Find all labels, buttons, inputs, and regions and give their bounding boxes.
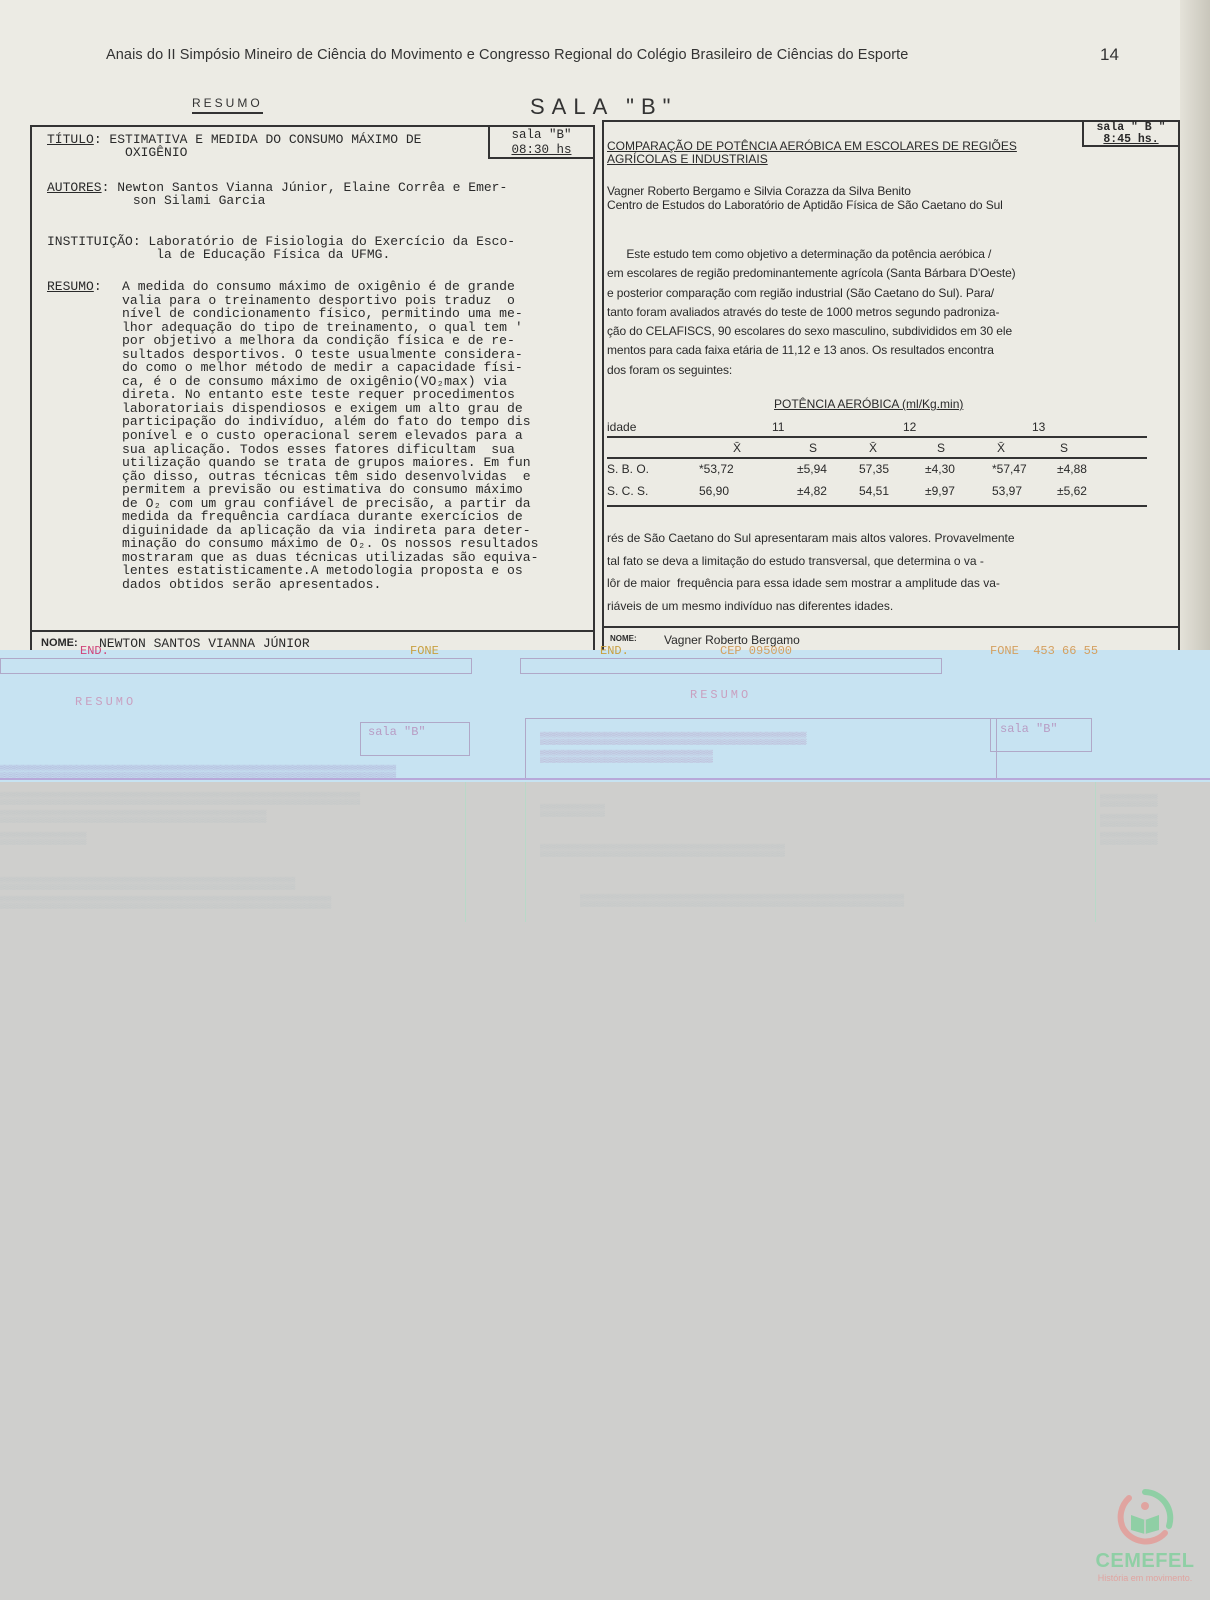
age-12: 12 bbox=[903, 420, 916, 434]
row-group: S. C. S. bbox=[607, 484, 648, 498]
page-edge-shadow bbox=[1180, 0, 1210, 655]
title-value: : ESTIMATIVA E MEDIDA DO CONSUMO MÁXIMO … bbox=[47, 132, 421, 160]
authors-value: : Newton Santos Vianna Júnior, Elaine Co… bbox=[47, 180, 507, 208]
title-field: TÍTULO: ESTIMATIVA E MEDIDA DO CONSUMO M… bbox=[47, 133, 421, 159]
section-label: RESUMO bbox=[192, 96, 263, 114]
table-rule bbox=[607, 505, 1147, 507]
name-label: NOME: bbox=[610, 634, 637, 643]
row-value: *57,47 bbox=[992, 462, 1027, 476]
row-value: 56,90 bbox=[699, 484, 729, 498]
age-header: idade bbox=[607, 420, 636, 434]
ghost-phone-right: FONE 453 66 55 bbox=[990, 644, 1098, 658]
table-row: S. C. S.56,90±4,8254,51±9,9753,97±5,62 bbox=[607, 481, 1147, 503]
row-value: 53,97 bbox=[992, 484, 1022, 498]
row-value: 54,51 bbox=[859, 484, 889, 498]
page-number: 14 bbox=[1100, 45, 1119, 65]
book-logo-icon bbox=[1115, 1488, 1175, 1548]
session-tag: sala "B" 08:30 hs bbox=[488, 127, 593, 159]
abstract-title: COMPARAÇÃO DE POTÊNCIA AERÓBICA EM ESCOL… bbox=[607, 140, 1017, 167]
row-value: ±4,88 bbox=[1057, 462, 1087, 476]
row-value: 57,35 bbox=[859, 462, 889, 476]
abstract-conclusion: rés de São Caetano do Sul apresentaram m… bbox=[607, 527, 1015, 617]
results-table: idade 11 12 13 X̄ S X̄ S X̄ S S. B. O.*5… bbox=[607, 417, 1147, 507]
abstract-label: RESUMO bbox=[47, 279, 94, 294]
scanned-page: Anais do II Simpósio Mineiro de Ciência … bbox=[0, 0, 1210, 655]
ghost-sala-left: sala "B" bbox=[368, 725, 426, 739]
watermark-name: CEMEFEL bbox=[1092, 1550, 1198, 1573]
row-value: ±5,94 bbox=[797, 462, 827, 476]
session-room: sala "B" bbox=[490, 128, 593, 143]
row-value: *53,72 bbox=[699, 462, 734, 476]
session-tag: sala " B " 8:45 hs. bbox=[1082, 122, 1178, 147]
age-11: 11 bbox=[772, 420, 784, 434]
abstract-label-field: RESUMO: bbox=[47, 280, 102, 293]
ghost-phone-left: FONE bbox=[410, 644, 439, 658]
ghost-address-right: END. bbox=[600, 644, 629, 658]
name-label: NOME: bbox=[41, 637, 78, 649]
table-body: S. B. O.*53,72±5,9457,35±4,30*57,47±4,88… bbox=[607, 459, 1147, 503]
abstract-body: A medida do consumo máximo de oxigênio é… bbox=[122, 280, 538, 592]
abstract-body: Este estudo tem como objetivo a determin… bbox=[607, 245, 1016, 380]
watermark-tagline: História em movimento. bbox=[1092, 1573, 1198, 1583]
table-age-header: idade 11 12 13 bbox=[607, 417, 1147, 436]
row-value: ±4,82 bbox=[797, 484, 827, 498]
table-title: POTÊNCIA AERÓBICA (ml/Kg.min) bbox=[774, 397, 963, 411]
row-value: ±9,97 bbox=[925, 484, 955, 498]
authors-and-institution: Vagner Roberto Bergamo e Silvia Corazza … bbox=[607, 185, 1003, 212]
session-time: 08:30 hs bbox=[490, 143, 593, 158]
faded-scan-area: ▒▒▒▒▒▒▒▒▒▒▒▒▒▒▒▒▒▒▒▒▒▒▒▒▒▒▒▒▒▒▒▒▒▒▒▒▒▒▒▒… bbox=[0, 782, 1210, 1600]
ghost-address-left: END. bbox=[80, 644, 109, 658]
name-value: NEWTON SANTOS VIANNA JÚNIOR bbox=[99, 636, 310, 651]
room-title: SALA "B" bbox=[530, 94, 677, 120]
table-row: S. B. O.*53,72±5,9457,35±4,30*57,47±4,88 bbox=[607, 459, 1147, 481]
authors-field: AUTORES: Newton Santos Vianna Júnior, El… bbox=[47, 181, 507, 207]
corrupted-scan-band: END. FONE END. CEP 095000 FONE 453 66 55… bbox=[0, 650, 1210, 782]
ghost-heading-left: RESUMO bbox=[75, 695, 136, 709]
running-header: Anais do II Simpósio Mineiro de Ciência … bbox=[106, 47, 908, 63]
ghost-cep-right: CEP 095000 bbox=[720, 644, 792, 658]
ghost-sala-right: sala "B" bbox=[1000, 722, 1058, 736]
cemefel-watermark: CEMEFEL História em movimento. bbox=[1092, 1488, 1198, 1583]
row-group: S. B. O. bbox=[607, 462, 649, 476]
session-time: 8:45 hs. bbox=[1084, 134, 1178, 146]
ghost-heading-right: RESUMO bbox=[690, 688, 751, 702]
table-sub-header: X̄ S X̄ S X̄ S bbox=[607, 438, 1147, 457]
abstract-left: sala "B" 08:30 hs TÍTULO: ESTIMATIVA E M… bbox=[30, 125, 595, 660]
row-value: ±5,62 bbox=[1057, 484, 1087, 498]
row-value: ±4,30 bbox=[925, 462, 955, 476]
institution-field: INSTITUIÇÃO: Laboratório de Fisiologia d… bbox=[47, 235, 515, 261]
age-13: 13 bbox=[1032, 420, 1045, 434]
abstract-right: sala " B " 8:45 hs. COMPARAÇÃO DE POTÊNC… bbox=[602, 120, 1180, 660]
